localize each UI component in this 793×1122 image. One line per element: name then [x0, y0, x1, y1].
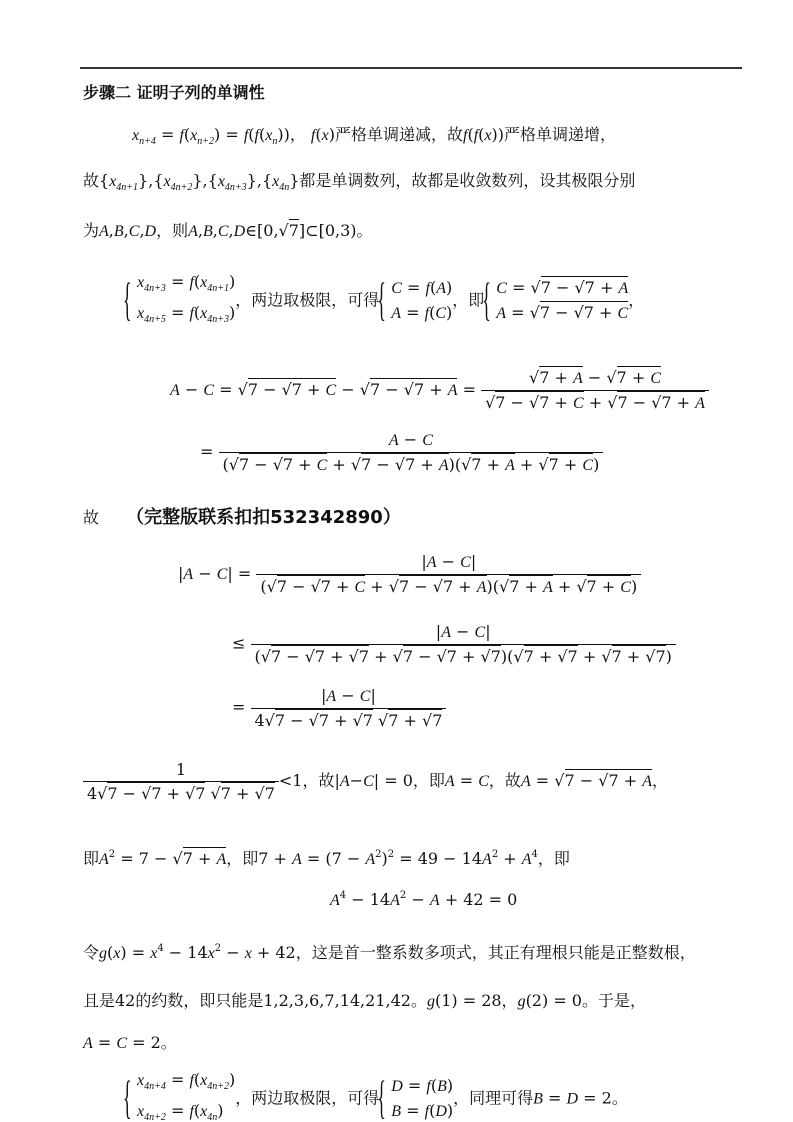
abs-chain-step1: |A − C| = |A − C| (√7 − √7 + C + √7 − √7… — [178, 552, 641, 597]
system-recurrence-1: x4n+3 = f(x4n+1) x4n+5 = f(x4n+3) — [125, 270, 235, 332]
system-limit-1: C = f(A) A = f(C) — [379, 276, 452, 326]
paragraph-limits: 为A,B,C,D，则A,B,C,D∈[0,√7]⊂[0,3)。 — [83, 218, 373, 241]
system-limit-2: D = f(B) B = f(D) — [379, 1074, 453, 1122]
section-heading: 步骤二 证明子列的单调性 — [83, 80, 265, 103]
paragraph-polynomial: 令g(x) = x4 − 14x2 − x + 42，这是首一整系数多项式，其正… — [83, 940, 696, 963]
paragraph-subsequences: 故{x4n+1},{x4n+2},{x4n+3},{x4n}都是单调数列，故都是… — [83, 168, 635, 193]
paragraph-conclusion: 1 4√7 − √7 + √7 √7 + √7 <1，故|A−C| = 0，即A… — [83, 760, 668, 803]
equation-A-minus-C-step2: = A − C (√7 − √7 + C + √7 − √7 + A)(√7 +… — [200, 430, 603, 475]
system-recurrence-2: x4n+4 = f(x4n+2) x4n+2 = f(x4n) — [125, 1068, 235, 1122]
paragraph-square: 即A2 = 7 − √7 + A，即7 + A = (7 − A2)2 = 49… — [83, 846, 570, 869]
equation-quartic: A4 − 14A2 − A + 42 = 0 — [330, 890, 517, 910]
notice-line: 故 （完整版联系扣扣532342890） — [83, 503, 401, 529]
abs-chain-step2: ≤ |A − C| (√7 − √7 + √7 + √7 − √7 + √7)(… — [232, 622, 676, 666]
system-solved-1: C = √7 − √7 + A A = √7 − √7 + C — [484, 276, 628, 326]
equation-A-minus-C: A − C = √7 − √7 + C − √7 − √7 + A = √7 +… — [170, 368, 709, 413]
paragraph-monotonic: xn+4 = f(xn+2) = f(f(xn))， f(x)严格单调递减，故f… — [132, 122, 616, 147]
paragraph-divisors: 且是42的约数，即只能是1,2,3,6,7,14,21,42。g(1) = 28… — [83, 988, 646, 1011]
header-rule — [80, 67, 742, 69]
paragraph-A-equals-C: A = C = 2。 — [83, 1030, 177, 1053]
system-odd-limits: x4n+3 = f(x4n+1) x4n+5 = f(x4n+3) ，两边取极限… — [125, 270, 644, 332]
abs-chain-step3: = |A − C| 4√7 − √7 + √7 √7 + √7 — [232, 686, 446, 730]
contact-notice: （完整版联系扣扣532342890） — [126, 507, 401, 528]
system-even-limits: x4n+4 = f(x4n+2) x4n+2 = f(x4n) ，两边取极限，可… — [125, 1068, 628, 1122]
